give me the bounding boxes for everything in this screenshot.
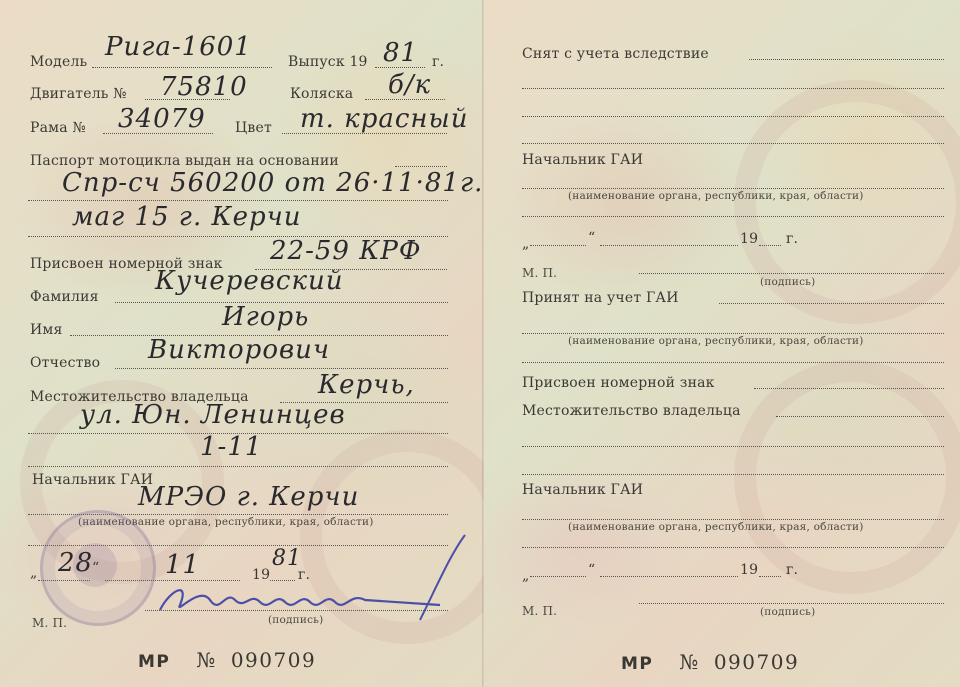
- surname-value: Кучеревский: [155, 266, 344, 296]
- residence-value-1: Керчь,: [318, 370, 415, 400]
- left-page: Модель Рига-1601 Выпуск 19 81 г. Двигате…: [0, 0, 484, 687]
- basis-line: [395, 166, 447, 167]
- signature1-caption: (подпись): [760, 276, 815, 288]
- plate-value: 22-59 КРФ: [270, 236, 421, 266]
- registered-line-3: [522, 362, 944, 363]
- serial-series: МР: [138, 652, 170, 672]
- date2-day-line: [530, 576, 586, 577]
- chief1-line-2: [522, 216, 944, 217]
- patronymic-line: [115, 368, 448, 369]
- serial-number: МР№090709: [138, 648, 316, 672]
- patronymic-label: Отчество: [30, 355, 100, 371]
- patronymic-value: Викторович: [148, 335, 330, 365]
- seal-label: М. П.: [32, 616, 67, 630]
- chief2-line-2: [522, 547, 944, 548]
- serial-no-sign: №: [196, 648, 216, 672]
- name-label: Имя: [30, 322, 63, 338]
- date-quote-open: „: [30, 565, 37, 581]
- date1-year-line: [759, 245, 781, 246]
- basis-value-1: Спр-сч 560200 от 26·11·81г.: [62, 168, 483, 198]
- sidecar-label: Коляска: [290, 86, 353, 102]
- registered-label: Принят на учет ГАИ: [522, 290, 679, 306]
- color-value: т. красный: [300, 104, 468, 134]
- model-value: Рига-1601: [105, 32, 252, 62]
- serial-value: 090709: [231, 648, 316, 672]
- date-day-line: [38, 580, 90, 581]
- signature2-caption: (подпись): [760, 606, 815, 618]
- date1-year-prefix: 19: [740, 231, 758, 247]
- plate-line-right: [754, 388, 944, 389]
- deregistered-line-2: [522, 88, 944, 89]
- date1-suffix: г.: [786, 231, 798, 247]
- frame-value: 34079: [118, 104, 206, 134]
- signature1-line: [639, 273, 944, 274]
- date-quote-close: “: [92, 560, 99, 576]
- date1-quote-close: “: [588, 230, 595, 246]
- residence-line-3: [28, 466, 448, 467]
- chief2-label: Начальник ГАИ: [522, 482, 643, 498]
- registered-caption: (наименование органа, республики, края, …: [568, 335, 864, 347]
- chief2-caption: (наименование органа, республики, края, …: [568, 521, 864, 533]
- year-label: Выпуск 19: [288, 54, 368, 70]
- residence-label-right: Местожительство владельца: [522, 403, 741, 419]
- registered-line-2: [522, 333, 944, 334]
- engine-value: 75810: [160, 72, 248, 102]
- watermark-emblem: [734, 360, 960, 594]
- date2-year-line: [759, 576, 781, 577]
- seal2-label: М. П.: [522, 604, 557, 618]
- serial-number-right: МР№090709: [621, 650, 799, 674]
- surname-label: Фамилия: [30, 289, 99, 305]
- residence-value-2: ул. Юн. Ленинцев: [80, 400, 346, 430]
- basis-value-2: маг 15 г. Керчи: [72, 202, 302, 232]
- name-value: Игорь: [222, 302, 309, 332]
- handwritten-signature: [150, 530, 470, 630]
- plate-label-right: Присвоен номерной знак: [522, 375, 715, 391]
- year-suffix: г.: [432, 54, 444, 70]
- sidecar-value: б/к: [388, 70, 431, 100]
- chief1-caption: (наименование органа, республики, края, …: [568, 190, 864, 202]
- seal1-label: М. П.: [522, 266, 557, 280]
- model-label: Модель: [30, 54, 87, 70]
- signature2-line: [639, 603, 944, 604]
- chief2-line: [522, 519, 944, 520]
- basis-label: Паспорт мотоцикла выдан на основании: [30, 153, 339, 169]
- date-day: 28: [58, 548, 93, 578]
- deregistered-label: Снят с учета вследствие: [522, 46, 709, 62]
- residence-line-right-2: [522, 446, 944, 447]
- date2-quote-open: „: [522, 568, 529, 584]
- serial-series-right: МР: [621, 654, 653, 674]
- date1-day-line: [530, 245, 586, 246]
- year-value: 81: [383, 38, 418, 68]
- frame-label: Рама №: [30, 120, 86, 136]
- color-label: Цвет: [235, 120, 272, 136]
- residence-line-right: [776, 416, 944, 417]
- serial-no-sign-right: №: [679, 650, 699, 674]
- date2-suffix: г.: [786, 562, 798, 578]
- model-line: [92, 67, 272, 68]
- basis-line-2: [28, 200, 448, 201]
- chief-value: МРЭО г. Керчи: [138, 482, 359, 512]
- residence-value-3: 1-11: [200, 432, 262, 462]
- chief1-label: Начальник ГАИ: [522, 152, 643, 168]
- date2-quote-close: “: [588, 562, 595, 578]
- deregistered-line-4: [522, 143, 944, 144]
- engine-label: Двигатель №: [30, 86, 127, 102]
- date1-quote-open: „: [522, 236, 529, 252]
- residence-line-right-3: [522, 474, 944, 475]
- date2-month-line: [600, 576, 738, 577]
- chief-label: Начальник ГАИ: [32, 472, 153, 488]
- serial-value-right: 090709: [714, 650, 799, 674]
- right-page: Снят с учета вследствие Начальник ГАИ (н…: [484, 0, 960, 687]
- date2-year-prefix: 19: [740, 562, 758, 578]
- deregistered-line-3: [522, 116, 944, 117]
- registered-line: [719, 303, 944, 304]
- deregistered-line: [749, 59, 944, 60]
- chief1-line: [522, 188, 944, 189]
- date1-month-line: [600, 245, 738, 246]
